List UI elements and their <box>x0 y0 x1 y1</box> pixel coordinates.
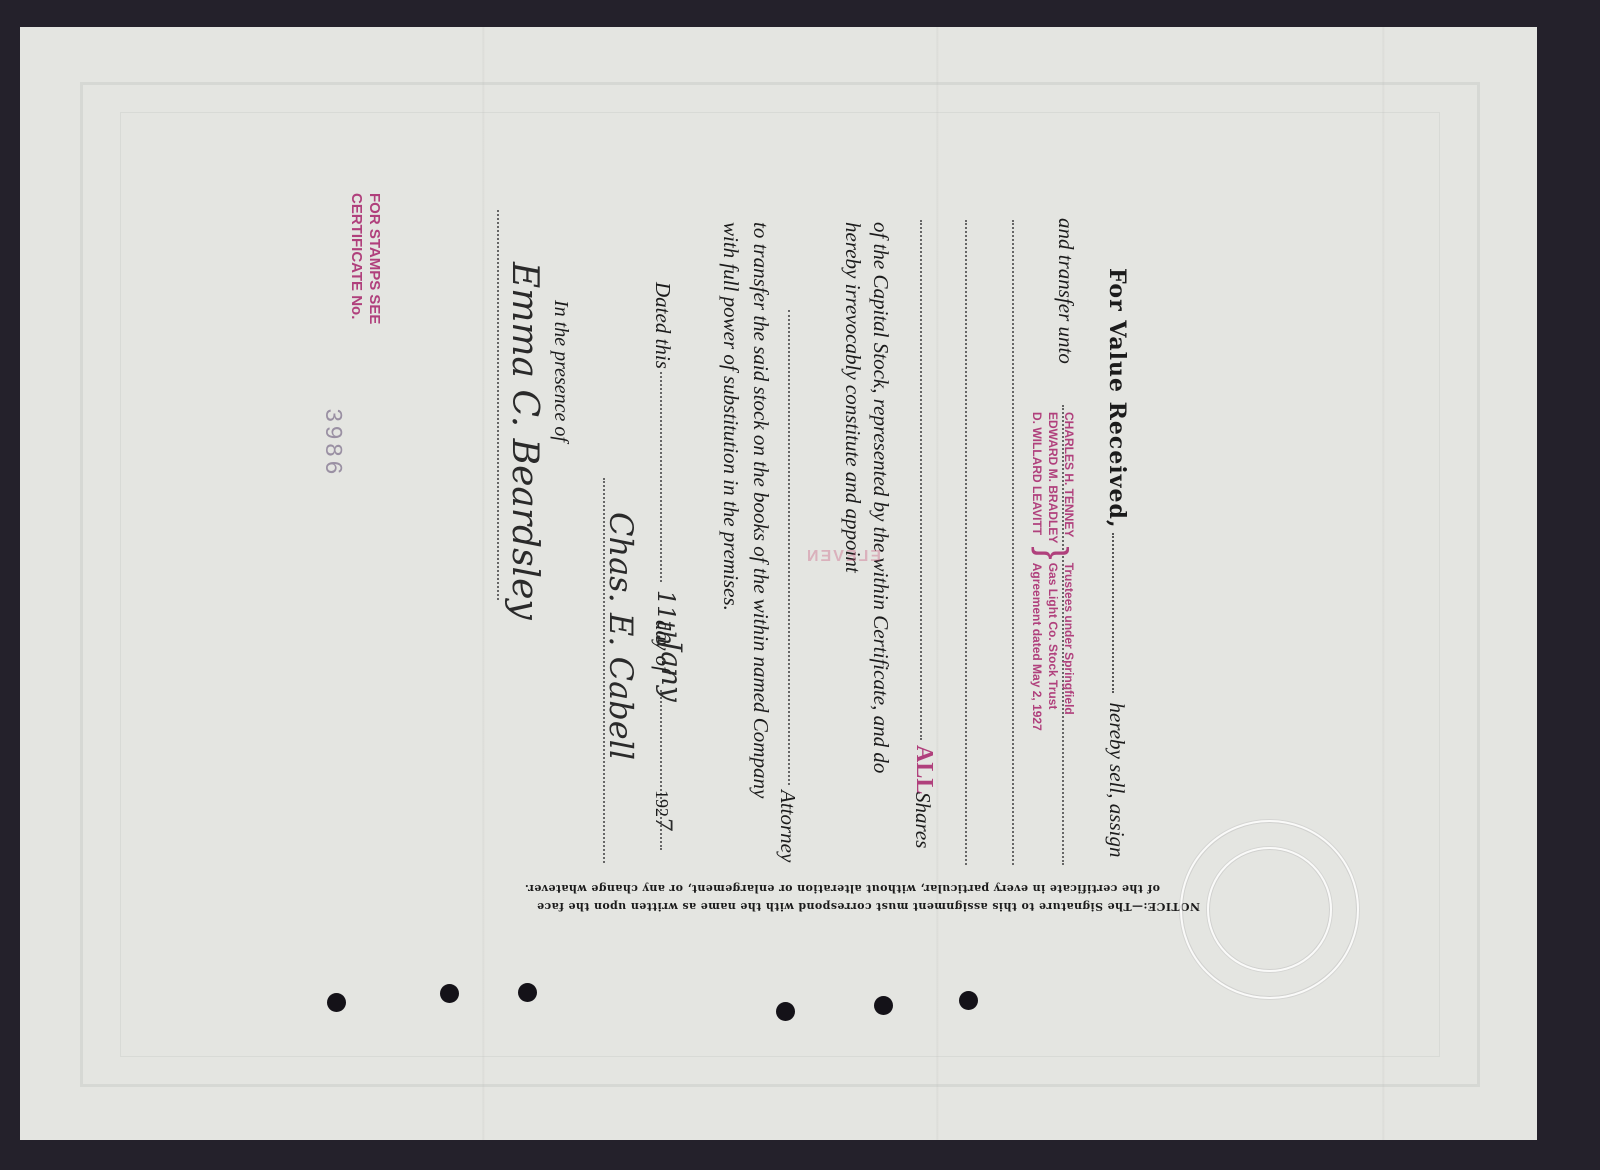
for-value-received-heading: For Value Received, <box>1104 268 1130 529</box>
capital-stock-line: of the Capital Stock, represented by the… <box>868 222 893 773</box>
transferee-name: D. WILLARD LEAVITT <box>1029 412 1045 543</box>
stamp-certificate-number: 3986 <box>318 408 345 478</box>
punch-hole <box>776 1002 795 1021</box>
assignment-line-1: For Value Received, hereby sell, assign <box>1104 268 1130 857</box>
transferee-name: EDWARD M. BRADLEY <box>1045 412 1061 543</box>
trustee-role-line: Gas Light Co. Stock Trust <box>1045 563 1061 731</box>
punch-hole <box>327 993 346 1012</box>
year-suffix-handwritten: 7 <box>650 817 675 831</box>
in-presence-label: In the presence of <box>549 300 572 442</box>
punch-hole <box>874 996 893 1015</box>
dated-this-label: Dated this <box>650 282 675 369</box>
shares-value-stamp: ALL <box>910 745 937 794</box>
transferee-dotted-line-2 <box>1012 220 1014 865</box>
hereby-sell-assign-text: hereby sell, assign <box>1105 703 1129 858</box>
transferee-stamp: CHARLES H. TENNEY EDWARD M. BRADLEY D. W… <box>1029 412 1077 731</box>
shares-label: Shares <box>910 792 935 848</box>
assignment-line-2: and transfer unto <box>1053 218 1078 364</box>
witness-dotted-line <box>497 210 499 600</box>
dated-year: 1927 <box>650 790 675 831</box>
stamp-line-2: CERTIFICATE No. <box>347 193 365 324</box>
transfer-line: to transfer the said stock on the books … <box>748 222 773 798</box>
year-prefix: 192 <box>652 790 672 817</box>
trustee-role-line: Trustees under Springfield <box>1061 563 1077 731</box>
punch-hole <box>959 991 978 1010</box>
embossed-seal-icon <box>1180 820 1359 999</box>
dotted-fill <box>1112 533 1115 693</box>
bleed-through-stamp: ELEVEN <box>805 548 881 566</box>
signature-handwritten: Chas. E. Cabell <box>602 512 640 760</box>
punch-hole <box>518 983 537 1002</box>
attorney-label: Attorney <box>775 790 800 862</box>
irrevocably-line: hereby irrevocably constitute and appoin… <box>840 222 865 573</box>
notice-line-2: of the certificate in every particular, … <box>470 882 1160 895</box>
punch-hole <box>440 984 459 1003</box>
transferee-name: CHARLES H. TENNEY <box>1061 412 1077 543</box>
brace: } <box>1033 546 1073 559</box>
trustee-role-line: Agreement dated May 2, 1927 <box>1029 563 1045 731</box>
dated-month-handwritten: Jany <box>655 640 688 702</box>
embossed-seal-inner <box>1207 847 1332 972</box>
shares-dotted-line <box>920 220 922 740</box>
transferee-dotted-line-3 <box>965 220 967 865</box>
day-dotted-line <box>660 372 662 582</box>
witness-signature-handwritten: Emma C. Beardsley <box>504 262 545 620</box>
attorney-dotted-line <box>788 310 790 785</box>
stamp-line-1: FOR STAMPS SEE <box>365 193 383 324</box>
power-line: with full power of substitution in the p… <box>718 222 743 611</box>
notice-line-1: NOTICE:—The Signature to this assignment… <box>440 900 1200 913</box>
stamp-certificate-reference: FOR STAMPS SEE CERTIFICATE No. <box>347 193 383 324</box>
and-transfer-unto-text: and transfer unto <box>1054 218 1078 364</box>
